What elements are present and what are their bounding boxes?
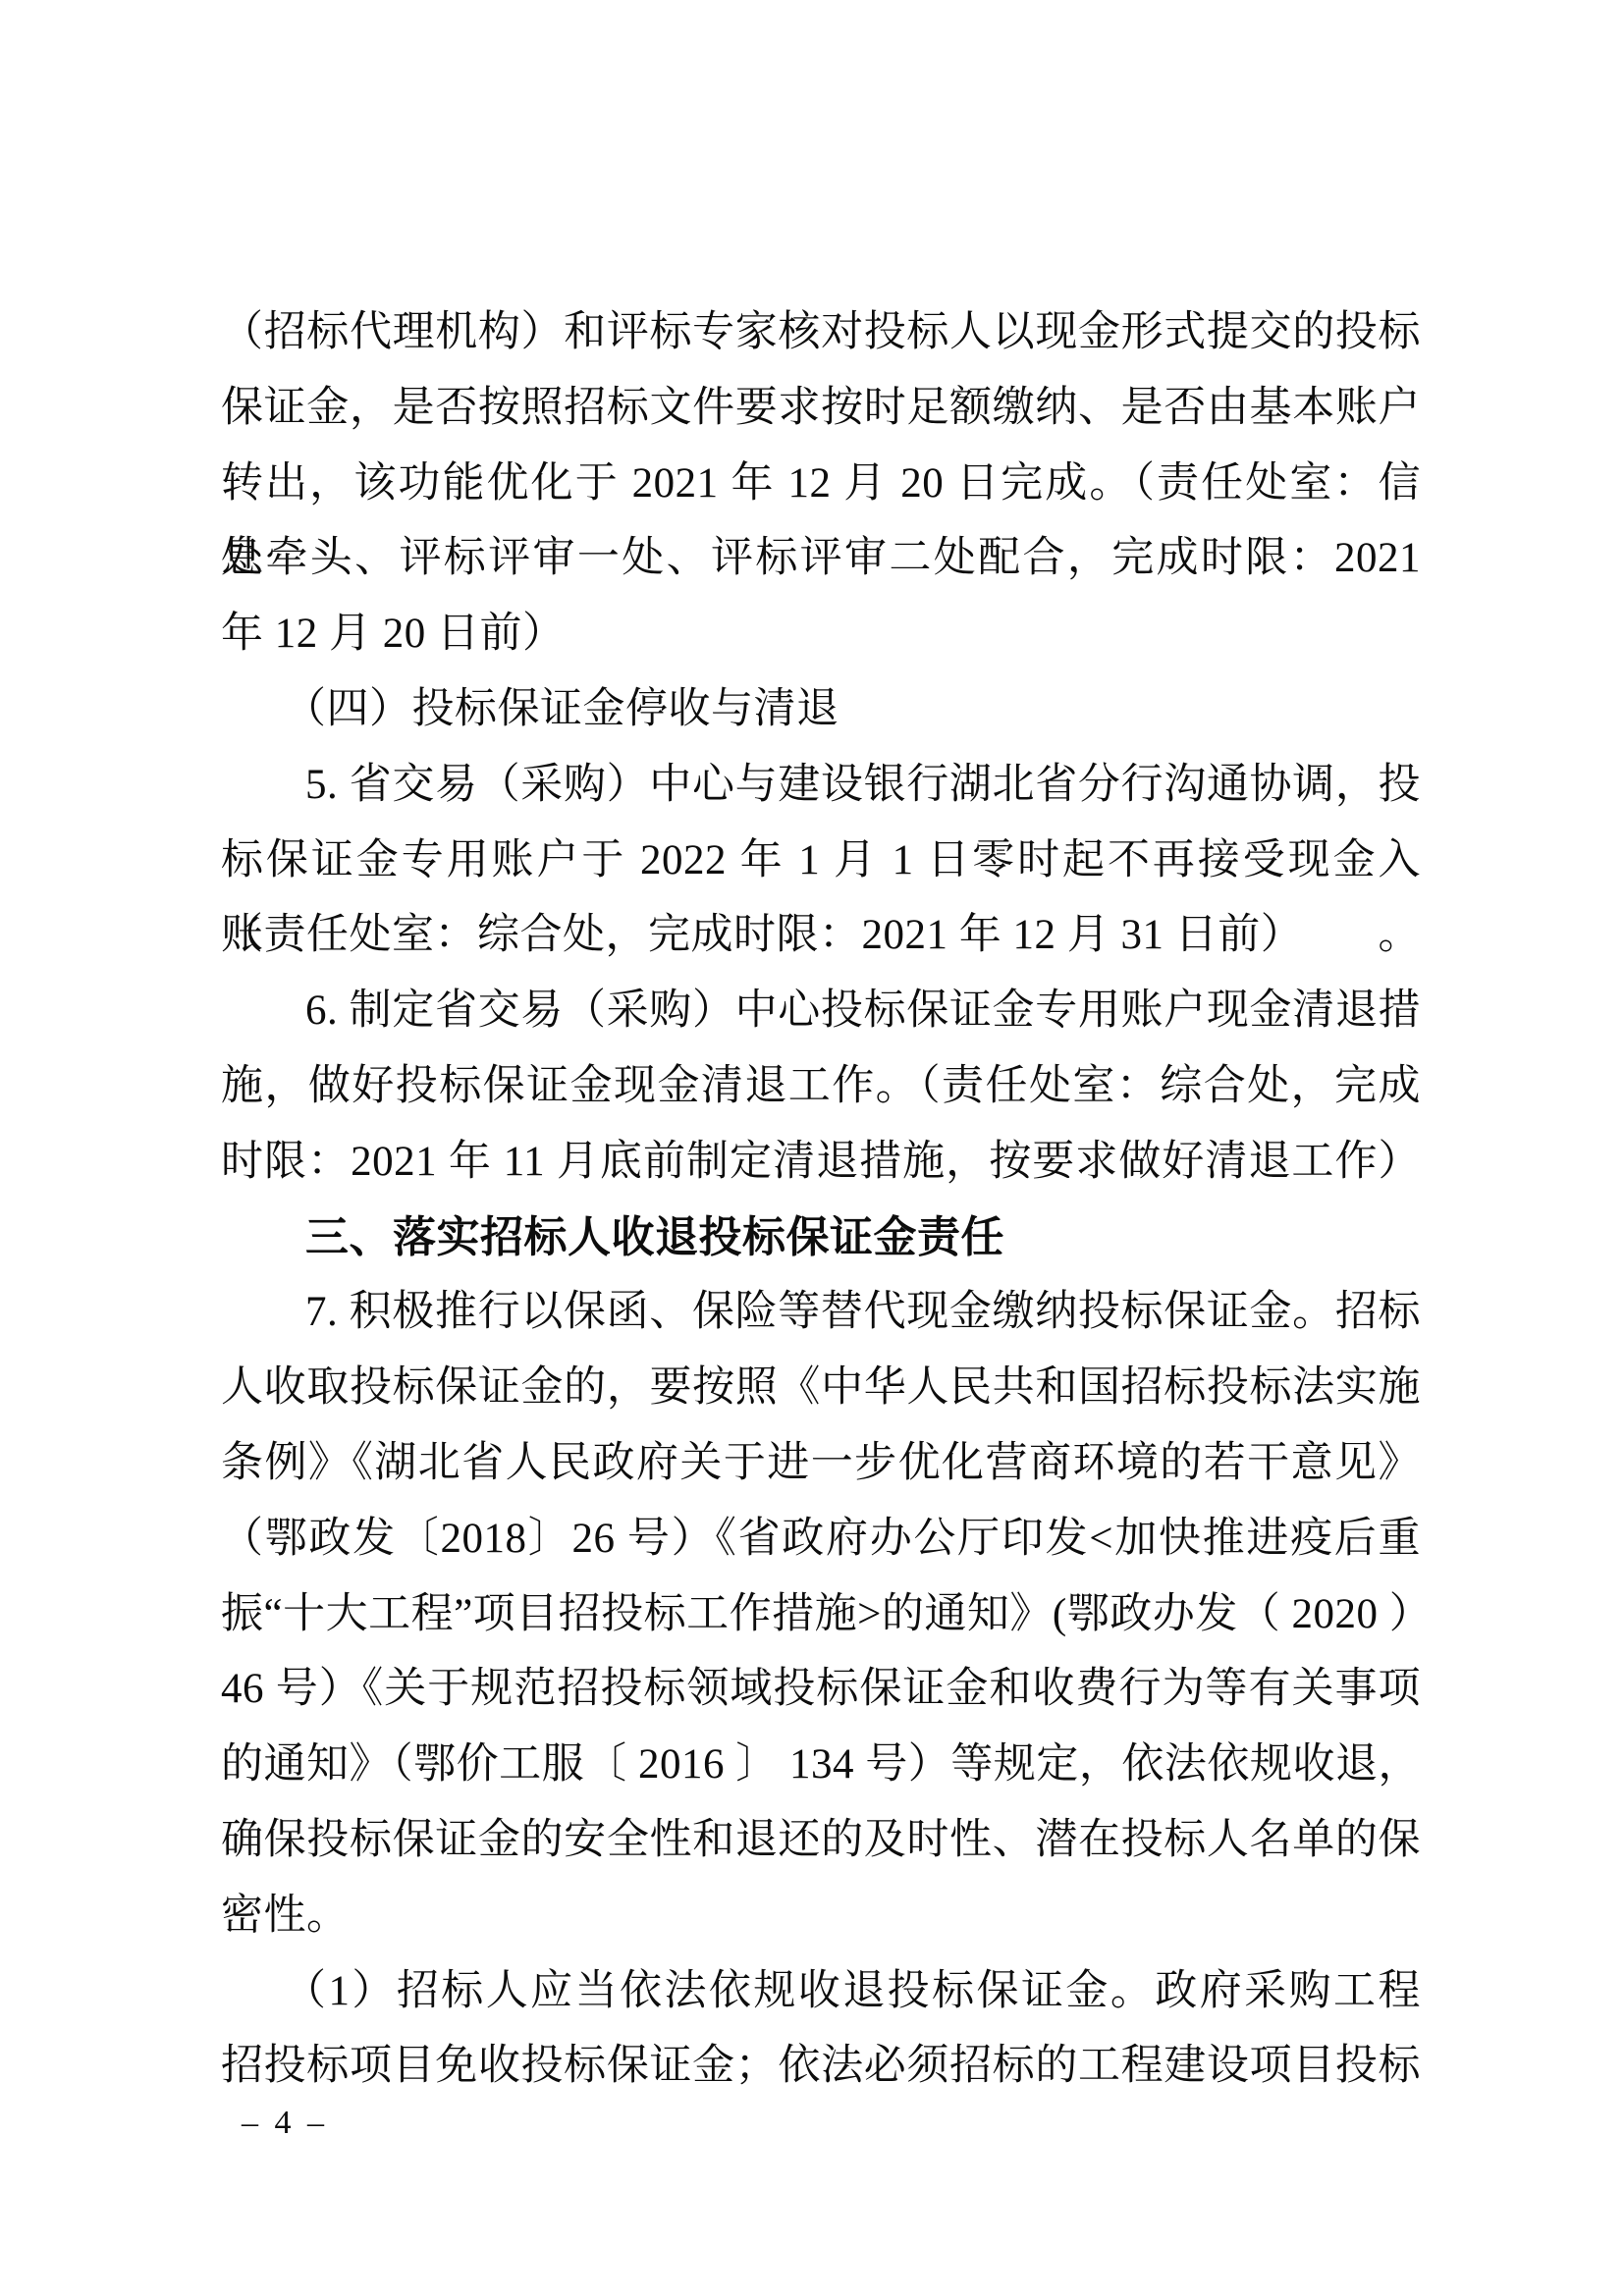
text-line: 振“十大工程”项目招投标工作措施>的通知》(鄂政办发（ 2020 ） bbox=[221, 1577, 1421, 1653]
text-line: 年 12 月 20 日前） bbox=[221, 597, 1421, 672]
text-line: （招标代理机构）和评标专家核对投标人以现金形式提交的投标 bbox=[221, 295, 1421, 371]
text-line: 密性。 bbox=[221, 1879, 1421, 1954]
text-line: 处牵头、评标评审一处、评标评审二处配合，完成时限：2021 bbox=[221, 521, 1421, 597]
text-line: 人收取投标保证金的，要按照《中华人民共和国招标投标法实施 bbox=[221, 1351, 1421, 1426]
subsection-heading: （四）投标保证金停收与清退 bbox=[221, 672, 1421, 748]
text-line: 的通知》（鄂价工服〔 2016 〕 134 号）等规定，依法依规收退， bbox=[221, 1728, 1421, 1803]
text-line: 确保投标保证金的安全性和退还的及时性、潜在投标人名单的保 bbox=[221, 1803, 1421, 1879]
text-line: 保证金，是否按照招标文件要求按时足额缴纳、是否由基本账户 bbox=[221, 371, 1421, 447]
section-heading: 三、落实招标人收退投标保证金责任 bbox=[221, 1201, 1421, 1276]
text-line: 7. 积极推行以保函、保险等替代现金缴纳投标保证金。招标 bbox=[221, 1275, 1421, 1351]
document-page: （招标代理机构）和评标专家核对投标人以现金形式提交的投标保证金，是否按照招标文件… bbox=[0, 0, 1624, 2296]
text-line: 转出，该功能优化于 2021 年 12 月 20 日完成。（责任处室：信息 bbox=[221, 447, 1421, 522]
text-line: （鄂政发〔2018〕26 号）《省政府办公厅印发<加快推进疫后重 bbox=[221, 1502, 1421, 1577]
text-line: 时限：2021 年 11 月底前制定清退措施，按要求做好清退工作） bbox=[221, 1125, 1421, 1201]
text-line: 招投标项目免收投标保证金；依法必须招标的工程建设项目投标 bbox=[221, 2029, 1421, 2105]
page-number: – 4 – bbox=[242, 2099, 328, 2148]
text-line: （责任处室：综合处，完成时限：2021 年 12 月 31 日前） bbox=[221, 898, 1421, 974]
text-line: （1）招标人应当依法依规收退投标保证金。政府采购工程 bbox=[221, 1954, 1421, 2030]
text-line: 5. 省交易（采购）中心与建设银行湖北省分行沟通协调，投 bbox=[221, 748, 1421, 824]
text-line: 施，做好投标保证金现金清退工作。（责任处室：综合处，完成 bbox=[221, 1049, 1421, 1125]
text-line: 46 号）《关于规范招投标领域投标保证金和收费行为等有关事项 bbox=[221, 1652, 1421, 1728]
text-line: 6. 制定省交易（采购）中心投标保证金专用账户现金清退措 bbox=[221, 974, 1421, 1049]
document-body: （招标代理机构）和评标专家核对投标人以现金形式提交的投标保证金，是否按照招标文件… bbox=[221, 295, 1421, 2105]
text-line: 条例》《湖北省人民政府关于进一步优化营商环境的若干意见》 bbox=[221, 1426, 1421, 1502]
text-line: 标保证金专用账户于 2022 年 1 月 1 日零时起不再接受现金入账。 bbox=[221, 824, 1421, 899]
